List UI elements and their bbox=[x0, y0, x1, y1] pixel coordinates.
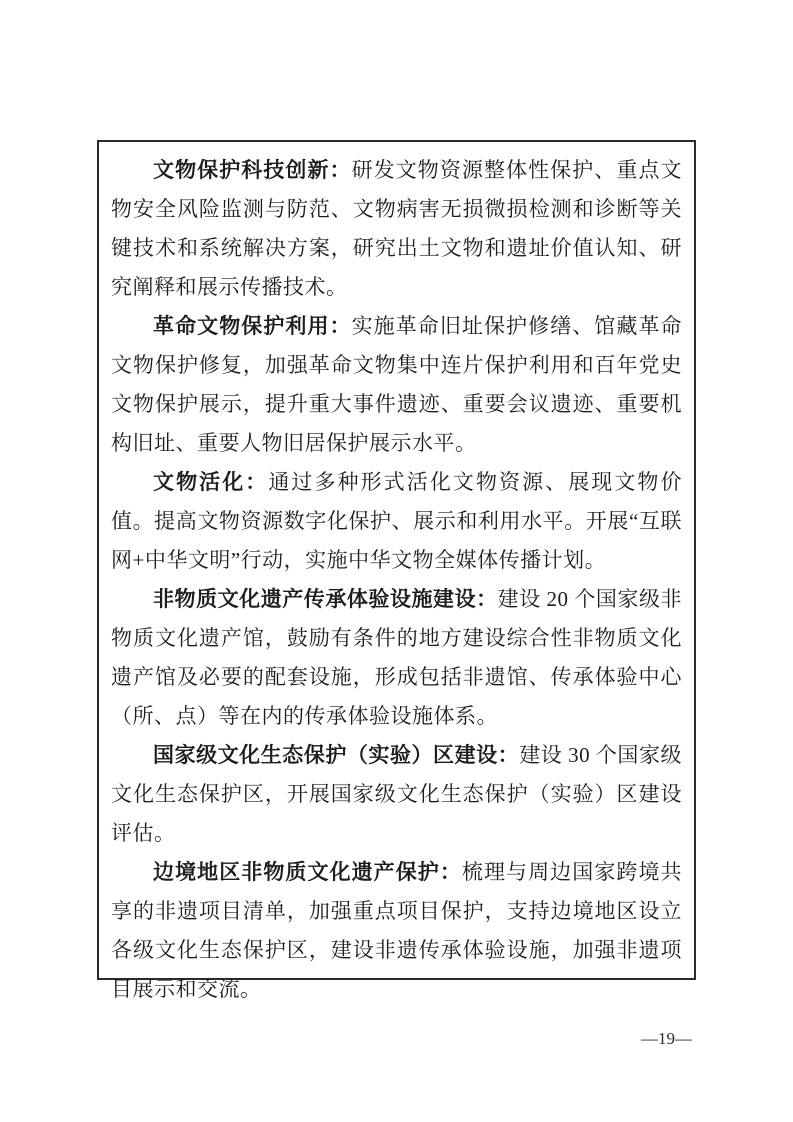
page-number: —19— bbox=[641, 1028, 692, 1050]
paragraph-heading: 国家级文化生态保护（实验）区建设： bbox=[153, 743, 519, 767]
content-border-box: 文物保护科技创新：研发文物资源整体性保护、重点文物安全风险监测与防范、文物病害无… bbox=[97, 140, 696, 980]
paragraph: 文物保护科技创新：研发文物资源整体性保护、重点文物安全风险监测与防范、文物病害无… bbox=[111, 151, 682, 307]
paragraph-heading: 革命文物保护利用： bbox=[153, 314, 352, 338]
paragraph-heading: 非物质文化遗产传承体验设施建设： bbox=[153, 587, 498, 611]
document-page: 文物保护科技创新：研发文物资源整体性保护、重点文物安全风险监测与防范、文物病害无… bbox=[0, 0, 793, 1122]
paragraph: 非物质文化遗产传承体验设施建设：建设 20 个国家级非物质文化遗产馆，鼓励有条件… bbox=[111, 580, 682, 736]
paragraph: 文物活化：通过多种形式活化文物资源、展现文物价值。提高文物资源数字化保护、展示和… bbox=[111, 463, 682, 580]
paragraph: 边境地区非物质文化遗产保护：梳理与周边国家跨境共享的非遗项目清单，加强重点项目保… bbox=[111, 853, 682, 1009]
paragraph: 国家级文化生态保护（实验）区建设：建设 30 个国家级文化生态保护区，开展国家级… bbox=[111, 736, 682, 853]
paragraph-heading: 边境地区非物质文化遗产保护： bbox=[153, 860, 462, 884]
paragraph-heading: 文物保护科技创新： bbox=[153, 158, 352, 182]
paragraph-heading: 文物活化： bbox=[153, 470, 268, 494]
paragraph: 革命文物保护利用：实施革命旧址保护修缮、馆藏革命文物保护修复，加强革命文物集中连… bbox=[111, 307, 682, 463]
